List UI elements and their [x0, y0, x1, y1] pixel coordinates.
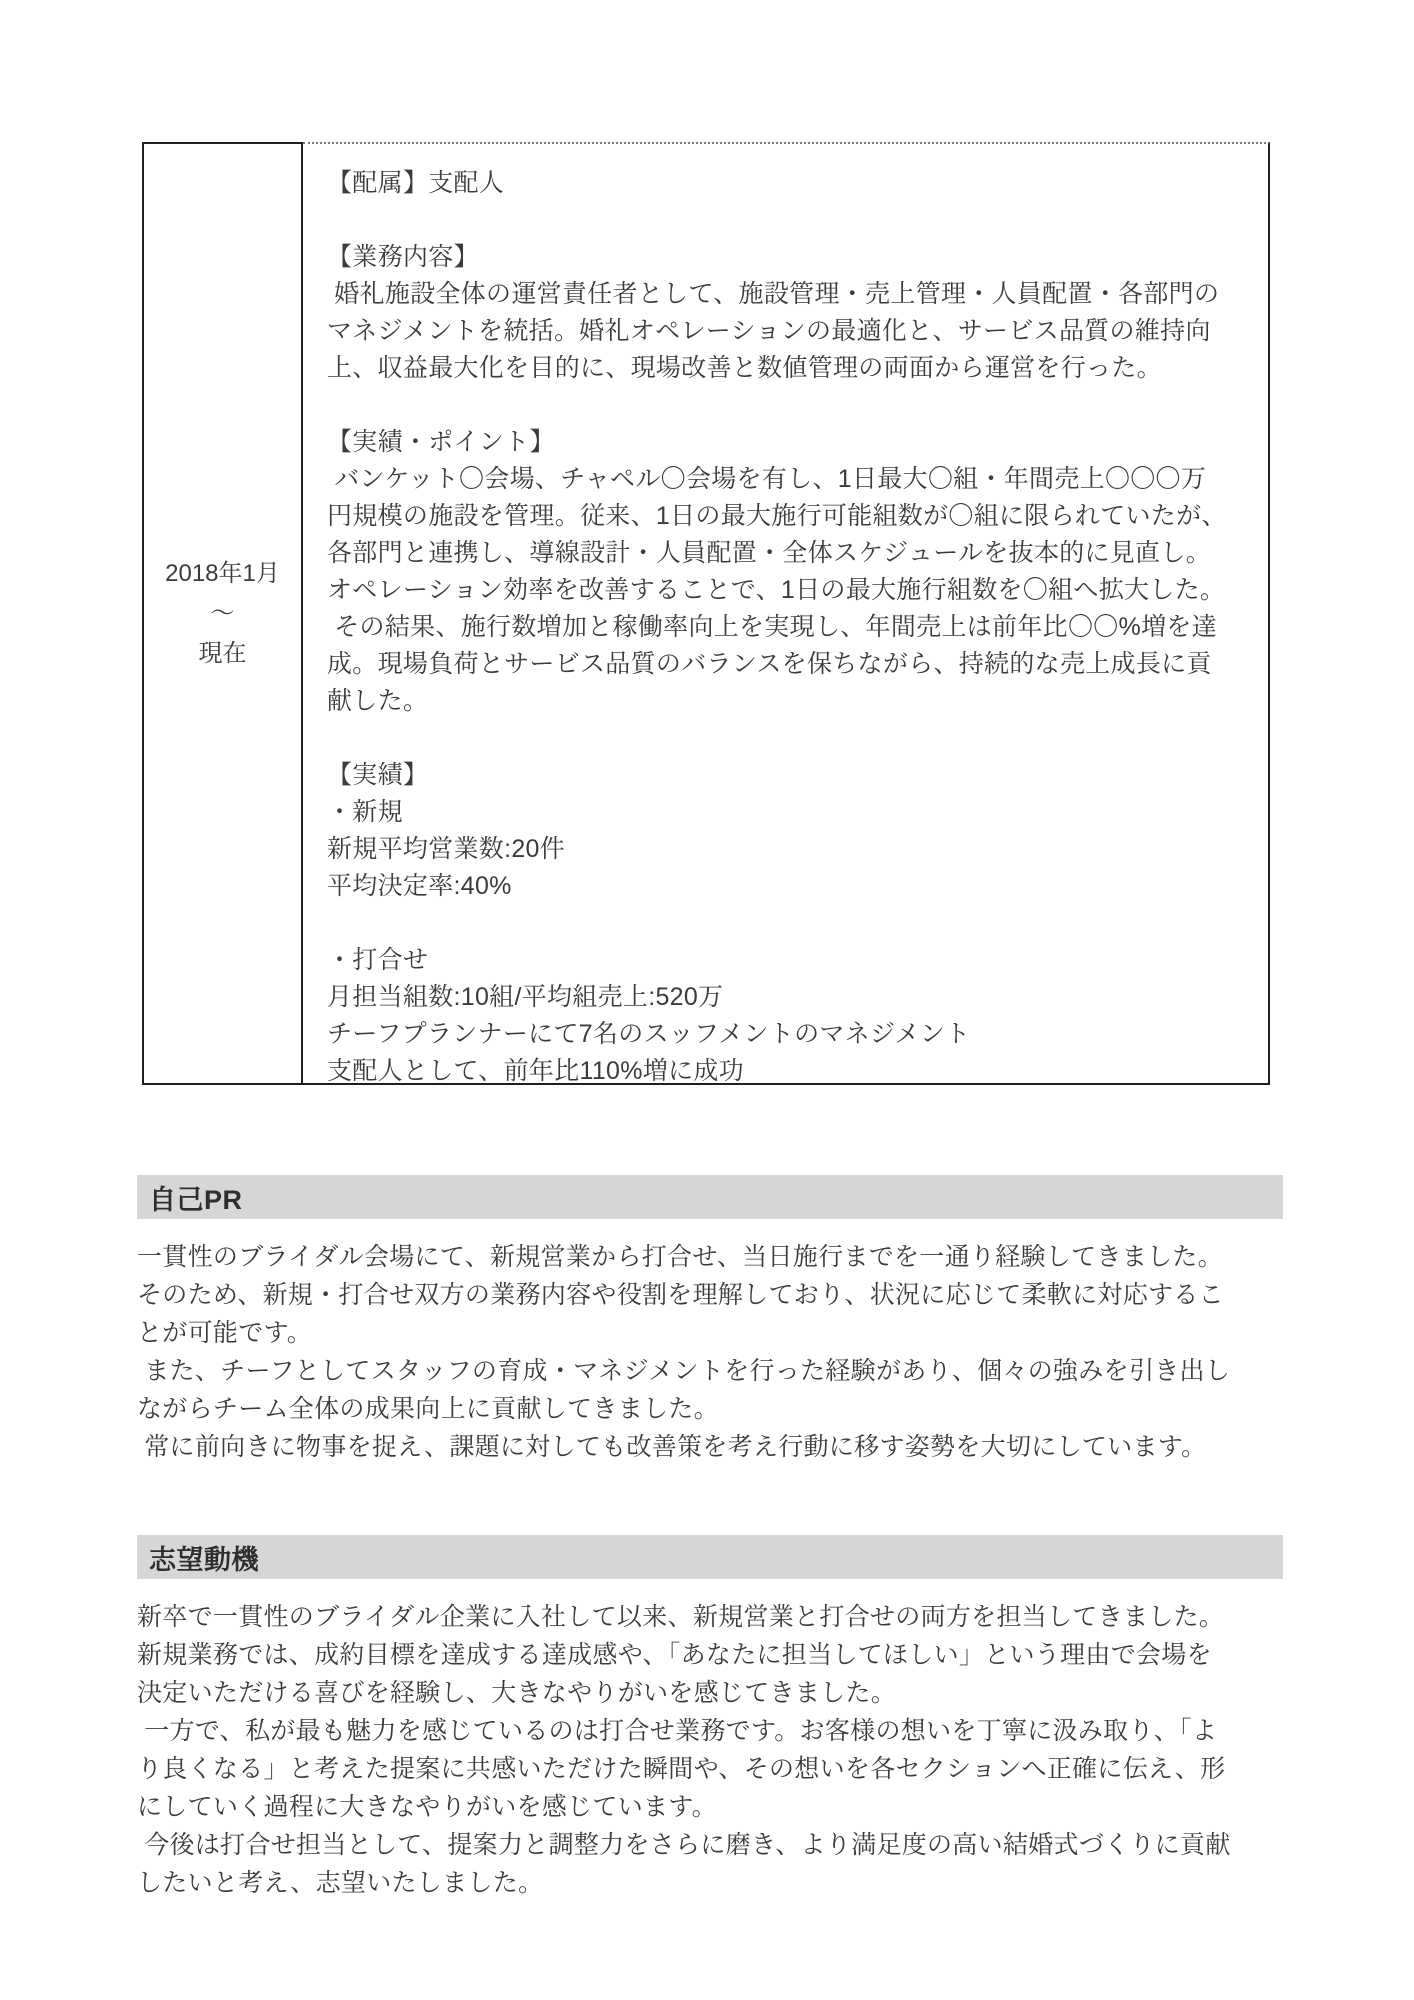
self-pr-text: 一貫性のブライダル会場にて、新規営業から打合せ、当日施行までを一通り経験してきま…	[137, 1238, 1287, 1466]
section-header-self-pr: 自己PR	[137, 1175, 1283, 1219]
section-title-self-pr: 自己PR	[149, 1178, 243, 1217]
career-history-table: 2018年1月 〜 現在 【配属】支配人 【業務内容】 婚礼施設全体の運営責任者…	[142, 142, 1270, 1085]
job-detail-text: 【配属】支配人 【業務内容】 婚礼施設全体の運営責任者として、施設管理・売上管理…	[327, 165, 1268, 1085]
period-to: 現在	[199, 634, 247, 674]
period-tilde: 〜	[211, 594, 235, 634]
section-title-motivation: 志望動機	[149, 1538, 259, 1577]
motivation-text: 新卒で一貫性のブライダル企業に入社して以来、新規営業と打合せの両方を担当してきま…	[137, 1598, 1287, 1902]
resume-page: 2018年1月 〜 現在 【配属】支配人 【業務内容】 婚礼施設全体の運営責任者…	[0, 0, 1414, 2000]
period-cell: 2018年1月 〜 現在	[142, 142, 303, 1085]
job-detail-cell: 【配属】支配人 【業務内容】 婚礼施設全体の運営責任者として、施設管理・売上管理…	[303, 142, 1270, 1085]
period-from: 2018年1月	[165, 554, 280, 594]
section-header-motivation: 志望動機	[137, 1535, 1283, 1579]
